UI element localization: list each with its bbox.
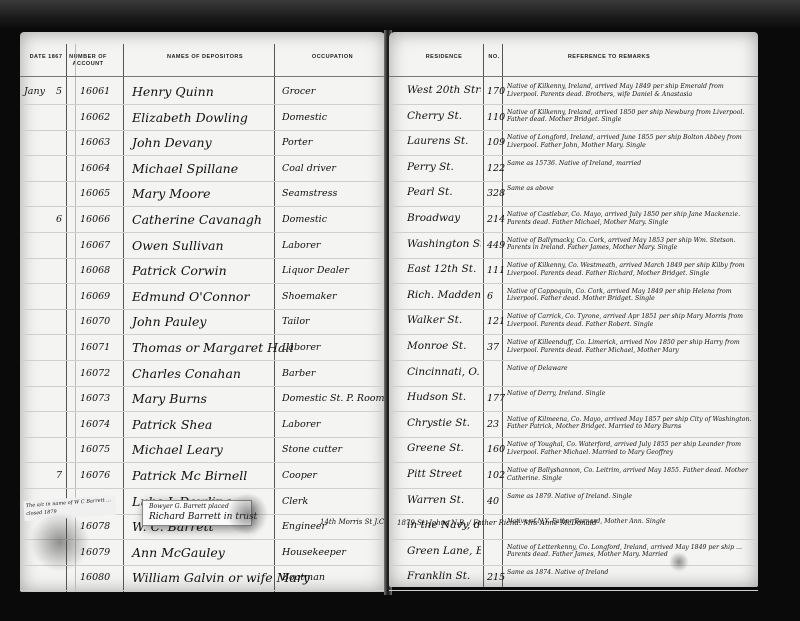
residence: Monroe St. [407,340,466,352]
account-number: 16071 [80,342,110,353]
remarks: Native of Longford, Ireland, arrived Jun… [507,134,752,154]
date-day: 5 [56,86,62,97]
account-number: 16067 [80,240,110,251]
remarks: Same as 15736. Native of Ireland, marrie… [507,160,752,180]
header-names: Names of Depositors [130,54,280,61]
residence: Cherry St. [407,110,462,122]
ledger-row: Pitt Street102Native of Ballyshannon, Co… [389,464,758,492]
stain [225,494,270,534]
entry-number: 111 [487,265,505,276]
occupation: Domestic [282,214,327,225]
ledger-row: Rich. Madden, Jersey City6Native of Capp… [389,285,758,313]
occupation: Boatman [282,572,325,583]
occupation: Coal driver [282,163,336,174]
stain [30,512,90,572]
account-number: 16062 [80,112,110,123]
occupation: Housekeeper [282,547,346,558]
occupation: Grocer [282,86,315,97]
ledger-row: 16063John DevanyPorter [20,131,386,159]
remarks: Native of Youghal, Co. Waterford, arrive… [507,441,752,461]
entry-number: 177 [487,393,505,404]
depositor-name: Henry Quinn [132,84,214,99]
occupation: Laborer [282,419,320,430]
ledger-row: Franklin St.215Same as 1874. Native of I… [389,566,758,594]
residence: Washington St. [407,238,481,250]
residence: Broadway [407,212,460,224]
header-number: No. [485,54,503,61]
residence: Pitt Street [407,468,462,480]
entry-number: 328 [487,188,505,199]
entry-number: 449 [487,240,505,251]
ledger-row: Jany516061Henry QuinnGrocer [20,80,386,108]
occupation: Clerk [282,496,308,507]
residence: Franklin St. [407,570,470,582]
header-rule [389,76,758,77]
depositor-name: Charles Conahan [132,366,241,381]
entry-number: 37 [487,342,499,353]
account-number: 16070 [80,316,110,327]
residence: Cincinnati, O. [407,366,480,378]
remarks: Same as 1874. Native of Ireland [507,569,752,589]
ledger-row: Walker St.121Native of Carrick, Co. Tyro… [389,310,758,338]
occupation: Tailor [282,316,310,327]
entry-number: 102 [487,470,505,481]
ledger-row: Laurens St.109Native of Longford, Irelan… [389,131,758,159]
header-occupation: Occupation [285,54,380,61]
remarks: Native of Ballymacky, Co. Cork, arrived … [507,237,752,257]
ledger-row: West 20th Street170Native of Kilkenny, I… [389,80,758,108]
occupation: Domestic St. P. Rooms [282,393,389,404]
pasted-note-line1: Bowyer G. Barrett placed [149,503,229,511]
residence: Perry St. [407,161,454,173]
depositor-name: Patrick Corwin [132,263,227,278]
ledger-row: 716076Patrick Mc BirnellCooper [20,464,386,492]
depositor-name: Owen Sullivan [132,238,224,253]
header-residence: Residence [409,54,479,61]
header-rule [20,76,386,77]
ledger-row: Washington St.449Native of Ballymacky, C… [389,234,758,262]
account-number: 16063 [80,137,110,148]
ledger-row: 16070John PauleyTailor [20,310,386,338]
occupation: Laborer [282,342,320,353]
residence: Green Lane, Brooklyn [407,545,481,557]
remarks: Native of Derry, Ireland. Single [507,390,752,410]
occupation: Liquor Dealer [282,265,349,276]
remarks: Native of Cappoquin, Co. Cork, arrived M… [507,288,752,308]
entry-number: 23 [487,419,499,430]
account-number: 16080 [80,572,110,583]
occupation: Shoemaker [282,291,337,302]
entry-number: 170 [487,86,505,97]
depositor-name: Michael Spillane [132,161,238,176]
row-rule [20,590,386,591]
ledger-row: Pearl St.328Same as above [389,182,758,210]
residence: West 20th Street [407,84,481,96]
ledger-row: 16064Michael SpillaneCoal driver [20,157,386,185]
ledger-left-page: Date 1867 Number of Account Names of Dep… [20,32,386,592]
entry-number: 160 [487,444,505,455]
occupation: Seamstress [282,188,337,199]
row-rule [389,590,758,591]
depositor-name: Catherine Cavanagh [132,212,262,227]
residence: Warren St. [407,494,464,506]
account-number: 16069 [80,291,110,302]
depositor-name: Mary Burns [132,391,207,406]
entry-number: 40 [487,496,499,507]
depositor-name: Mary Moore [132,186,211,201]
ledger-row: Greene St.160Native of Youghal, Co. Wate… [389,438,758,466]
occupation: Stone cutter [282,444,342,455]
remarks: Native of Delaware [507,365,752,385]
ledger-row: 16080William Galvin or wife MaryBoatman [20,566,386,594]
ledger-row: 16072Charles ConahanBarber [20,362,386,390]
ledger-row: Warren St.40Same as 1879. Native of Irel… [389,490,758,518]
depositor-name: Patrick Shea [132,417,212,432]
ledger-row: 616066Catherine CavanaghDomestic [20,208,386,236]
residence: East 12th St. [407,263,476,275]
depositor-name: Thomas or Margaret Hall [132,340,293,355]
account-number: 16061 [80,86,110,97]
residence: Rich. Madden, Jersey City [407,289,481,301]
residence: Laurens St. [407,135,468,147]
ledger-row: Monroe St.37Native of Killeenduff, Co. L… [389,336,758,364]
remarks: Native of Kilkenny, Ireland, arrived May… [507,83,752,103]
remarks: Native of Ballyshannon, Co. Leitrim, arr… [507,467,752,487]
date-day: 6 [56,214,62,225]
entry-number: 6 [487,291,493,302]
remarks: Native of Letterkenny, Co. Longford, Ire… [507,544,752,564]
entry-number: 110 [487,112,505,123]
residence: Walker St. [407,314,462,326]
occupation: Porter [282,137,312,148]
account-number: 16068 [80,265,110,276]
account-number: 16065 [80,188,110,199]
ledger-row: Hudson St.177Native of Derry, Ireland. S… [389,387,758,415]
ledger-row: 16065Mary MooreSeamstress [20,182,386,210]
entry-number: 214 [487,214,505,225]
ledger-row: 16069Edmund O'ConnorShoemaker [20,285,386,313]
header-account-number: Number of Account [68,54,108,68]
account-number: 16073 [80,393,110,404]
depositor-name: John Devany [132,135,212,150]
ledger-row: Broadway214Native of Castlebar, Co. Mayo… [389,208,758,236]
depositor-name: Patrick Mc Birnell [132,468,247,483]
account-number: 16075 [80,444,110,455]
ledger-right-page: Residence No. Reference to Remarks West … [389,32,758,587]
occupation-annotation: 14th Morris St J.C. [320,519,386,527]
occupation: Domestic [282,112,327,123]
ledger-row: 16073Mary BurnsDomestic St. P. Rooms [20,387,386,415]
account-number: 16076 [80,470,110,481]
date-day: 7 [56,470,62,481]
ledger-row: Green Lane, BrooklynNative of Letterkenn… [389,541,758,569]
remarks: Same as above [507,185,752,205]
occupation: Barber [282,368,315,379]
depositor-name: Michael Leary [132,442,223,457]
ledger-row: East 12th St.111Native of Kilkenny, Co. … [389,259,758,287]
residence: Pearl St. [407,186,453,198]
residence: Greene St. [407,442,464,454]
remarks: Native of Kilkenny, Ireland, arrived 185… [507,109,752,129]
account-number: 16072 [80,368,110,379]
depositor-name: John Pauley [132,314,206,329]
ledger-row: 16075Michael LearyStone cutter [20,438,386,466]
remarks: Same as 1879. Native of Ireland. Single [507,493,752,513]
remarks: Native of Carrick, Co. Tyrone, arrived A… [507,313,752,333]
entry-number: 109 [487,137,505,148]
depositor-name: Elizabeth Dowling [132,110,248,125]
date-month: Jany [24,86,45,97]
entry-number: 122 [487,163,505,174]
header-date: Date 1867 [28,54,64,61]
remarks: Native of Killeenduff, Co. Limerick, arr… [507,339,752,359]
ledger-row: Cincinnati, O.Native of Delaware [389,362,758,390]
stain [669,552,689,572]
ledger-row: 16068Patrick CorwinLiquor Dealer [20,259,386,287]
ledger-row: 16062Elizabeth DowlingDomestic [20,106,386,134]
ledger-row: 16071Thomas or Margaret HallLaborer [20,336,386,364]
depositor-name: Ann McGauley [132,545,225,560]
ledger-row: 16067Owen SullivanLaborer [20,234,386,262]
occupation: Cooper [282,470,317,481]
remarks: Native of Kilkenny, Co. Westmeath, arriv… [507,262,752,282]
depositor-name: Edmund O'Connor [132,289,249,304]
remarks: Native of Castlebar, Co. Mayo, arrived J… [507,211,752,231]
remarks: Native of Kilmeena, Co. Mayo, arrived Ma… [507,416,752,436]
entry-number: 121 [487,316,505,327]
right-annotation: 1879 St. Johns N.B. / Father Richd. Mrs … [397,520,597,528]
ledger-row: Chrystie St.23Native of Kilmeena, Co. Ma… [389,413,758,441]
entry-number: 215 [487,572,505,583]
residence: Hudson St. [407,391,466,403]
account-number: 16064 [80,163,110,174]
account-number: 16074 [80,419,110,430]
residence: Chrystie St. [407,417,470,429]
occupation: Laborer [282,240,320,251]
account-number: 16066 [80,214,110,225]
ledger-row: Perry St.122Same as 15736. Native of Ire… [389,157,758,185]
header-remarks: Reference to Remarks [524,54,694,61]
ledger-row: 16074Patrick SheaLaborer [20,413,386,441]
scan-border [0,0,800,30]
ledger-row: Cherry St.110Native of Kilkenny, Ireland… [389,106,758,134]
